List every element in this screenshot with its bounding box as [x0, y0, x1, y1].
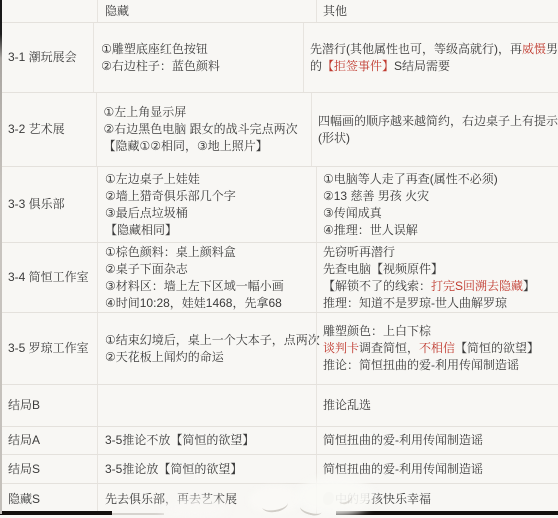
text-line: 简恒扭曲的爱-利用传闻制造谣 [323, 461, 558, 478]
text-segment: 中的男孩快乐幸福 [335, 492, 431, 506]
text-segment: 推论：简恒扭曲的爱-利用传闻制造谣 [323, 358, 519, 372]
text-line: ③最后点垃圾桶 [105, 205, 316, 222]
row-label-cell: 3-5 罗琼工作室 [0, 313, 97, 384]
text-segment: ①雕塑底座红色按钮 [101, 42, 208, 56]
row-label: 3-5 罗琼工作室 [8, 340, 97, 357]
text-segment: ①左边桌子上娃娃 [105, 172, 200, 186]
row-label-cell: 3-3 俱乐部 [0, 167, 97, 242]
row-label: 结局A [8, 432, 97, 449]
highlighted-text: 【拒签事件】 [322, 59, 394, 73]
hidden-cell: ①左边桌子上娃娃②墙上猎奇俱乐部几个字③最后点垃圾桶【隐藏相同】 [97, 167, 316, 242]
table-row-3-5: 3-5 罗琼工作室 ①结束幻境后，桌上一个大本子，点两次②天花板上闻灼的命运 雕… [0, 313, 558, 385]
table-row-3-3: 3-3 俱乐部 ①左边桌子上娃娃②墙上猎奇俱乐部几个字③最后点垃圾桶【隐藏相同】… [0, 167, 558, 243]
row-label-cell: 隐藏S [0, 484, 97, 514]
column-header-hidden: 隐藏 [105, 3, 316, 19]
text-line: 中的男孩快乐幸福 [323, 491, 558, 508]
text-line: 3-5推论放【简恒的欲望】 [105, 461, 316, 478]
text-line: (形状) [318, 130, 558, 147]
text-line: ②桌子下面杂志 [105, 261, 316, 278]
text-segment: 调查简恒， [359, 341, 419, 355]
text-segment: 先查电脑【视频原件】 [323, 262, 443, 276]
text-line: ①电脑等人走了再查(属性不必须) [323, 171, 558, 188]
text-segment: ②13 慈善 男孩 火灾 [323, 189, 429, 203]
row-label-cell: 3-1 潮玩展会 [0, 23, 93, 92]
guide-table: 隐藏 其他 3-1 潮玩展会 ①雕塑底座红色按钮②右边柱子：蓝色颜料 先潜行(其… [0, 0, 558, 514]
text-line: ②天花板上闻灼的命运 [105, 349, 316, 366]
text-line: ①结束幻境后，桌上一个大本子，点两次 [105, 332, 316, 349]
highlighted-text: 打完S回溯去隐藏 [431, 279, 523, 293]
row-label-cell: 结局S [0, 455, 97, 483]
other-cell: 中的男孩快乐幸福 [316, 484, 558, 514]
table-row-ending-a: 结局A 3-5推论不放【简恒的欲望】 简恒扭曲的爱-利用传闻制造谣 [0, 427, 558, 455]
row-label: 隐藏S [8, 491, 97, 508]
row-label: 结局S [8, 461, 97, 478]
text-segment: 四幅画的顺序越来越简约，右边桌子上有提示 [318, 114, 558, 128]
text-line: ④推理：世人误解 [323, 222, 558, 239]
text-line: ③材料区：墙上左下区域一幅小画 [105, 278, 316, 295]
text-segment: (形状) [318, 131, 350, 145]
text-line: ①左上角显示屏 [104, 104, 311, 121]
highlighted-text: 威慑 [522, 42, 546, 56]
text-segment: 】 [523, 279, 535, 293]
text-line: 【解锁不了的线索：打完S回溯去隐藏】 [323, 278, 558, 295]
text-line: 雕塑颜色：上白下棕 [323, 323, 558, 340]
text-segment: ③传闻成真 [323, 206, 382, 220]
table-row-ending-b: 结局B 推论乱选 [0, 385, 558, 427]
text-segment: S结局需要 [394, 59, 450, 73]
text-segment: ①棕色颜料：桌上颜料盒 [105, 245, 236, 259]
row-label-cell: 3-4 简恒工作室 [0, 243, 97, 312]
text-line: 【隐藏相同】 [105, 222, 316, 239]
hidden-cell: 3-5推论不放【简恒的欲望】 [97, 427, 316, 454]
other-cell: 先潜行(其他属性也可，等级高就行)，再威慑男的【拒签事件】S结局需要 [303, 23, 558, 92]
other-cell: ①电脑等人走了再查(属性不必须)②13 慈善 男孩 火灾③传闻成真④推理：世人误… [316, 167, 558, 242]
text-segment: 的 [310, 59, 322, 73]
obscured-character [323, 492, 334, 505]
text-line: 推论乱选 [323, 397, 558, 414]
text-line: 先去俱乐部，再去艺术展 [105, 491, 316, 508]
text-line: 推理：知道不是罗琼-世人曲解罗琼 [323, 295, 558, 312]
text-line: 简恒扭曲的爱-利用传闻制造谣 [323, 432, 558, 449]
text-line: 谈判卡调查简恒，不相信【简恒的欲望】 [323, 340, 558, 357]
row-label-cell: 3-2 艺术展 [0, 93, 96, 166]
text-segment: ②右边黑色电脑 跟女的战斗完点两次 [104, 122, 298, 136]
row-label-cell: 结局B [0, 385, 97, 426]
text-segment: 3-5推论放【简恒的欲望】 [105, 462, 242, 476]
text-line: 先潜行(其他属性也可，等级高就行)，再威慑男 [310, 41, 558, 58]
table-bottom-border-right [336, 511, 558, 515]
table-left-border [0, 0, 2, 514]
text-segment: 【解锁不了的线索： [323, 279, 431, 293]
text-segment: ③材料区：墙上左下区域一幅小画 [105, 279, 284, 293]
text-line: ①雕塑底座红色按钮 [101, 41, 303, 58]
hidden-cell: ①结束幻境后，桌上一个大本子，点两次②天花板上闻灼的命运 [97, 313, 316, 384]
table-row-3-1: 3-1 潮玩展会 ①雕塑底座红色按钮②右边柱子：蓝色颜料 先潜行(其他属性也可，… [0, 23, 558, 93]
text-segment: 3-5推论不放【简恒的欲望】 [105, 433, 254, 447]
text-line: 的【拒签事件】S结局需要 [310, 58, 558, 75]
text-segment: ③最后点垃圾桶 [105, 206, 188, 220]
row-label-cell: 结局A [0, 427, 97, 454]
text-line: ④时间10:28，娃娃1468，先拿68 [105, 295, 316, 312]
text-segment: ②墙上猎奇俱乐部几个字 [105, 189, 236, 203]
hidden-cell: 先去俱乐部，再去艺术展 [97, 484, 316, 514]
hidden-cell: ①雕塑底座红色按钮②右边柱子：蓝色颜料 [93, 23, 303, 92]
other-cell: 先窃听再潜行先查电脑【视频原件】【解锁不了的线索：打完S回溯去隐藏】推理：知道不… [316, 243, 558, 312]
text-segment: ②天花板上闻灼的命运 [105, 350, 224, 364]
text-segment: 【隐藏①②相同，③地上照片】 [104, 139, 268, 153]
text-line: 先窃听再潜行 [323, 244, 558, 261]
text-segment: ④推理：世人误解 [323, 223, 418, 237]
table-header-row: 隐藏 其他 [0, 0, 558, 23]
text-segment: 简恒扭曲的爱-利用传闻制造谣 [323, 462, 483, 476]
hidden-cell [97, 385, 316, 426]
row-label: 3-4 简恒工作室 [8, 269, 97, 286]
table-bottom-border-left [0, 511, 112, 515]
other-cell: 四幅画的顺序越来越简约，右边桌子上有提示(形状) [311, 93, 558, 166]
highlighted-text: 不相信 [419, 341, 455, 355]
text-line: 先查电脑【视频原件】 [323, 261, 558, 278]
text-line: ①左边桌子上娃娃 [105, 171, 316, 188]
row-label: 3-1 潮玩展会 [8, 49, 93, 66]
other-cell: 简恒扭曲的爱-利用传闻制造谣 [316, 427, 558, 454]
highlighted-text: 谈判卡 [323, 341, 359, 355]
text-segment: ①电脑等人走了再查(属性不必须) [323, 172, 498, 186]
row-label: 3-2 艺术展 [8, 121, 96, 138]
table-row-3-2: 3-2 艺术展 ①左上角显示屏②右边黑色电脑 跟女的战斗完点两次【隐藏①②相同，… [0, 93, 558, 167]
hidden-cell: 3-5推论放【简恒的欲望】 [97, 455, 316, 483]
text-segment: ①左上角显示屏 [104, 105, 187, 119]
other-cell: 雕塑颜色：上白下棕谈判卡调查简恒，不相信【简恒的欲望】推论：简恒扭曲的爱-利用传… [316, 313, 558, 384]
text-segment: 推理：知道不是罗琼-世人曲解罗琼 [323, 296, 507, 310]
other-cell: 简恒扭曲的爱-利用传闻制造谣 [316, 455, 558, 483]
column-header-other: 其他 [323, 3, 558, 19]
text-segment: ①结束幻境后，桌上一个大本子，点两次 [105, 333, 320, 347]
text-line: 【隐藏①②相同，③地上照片】 [104, 138, 311, 155]
other-cell: 推论乱选 [316, 385, 558, 426]
row-label: 3-3 俱乐部 [8, 196, 97, 213]
header-hidden-cell: 隐藏 [97, 0, 316, 22]
text-segment: 【简恒的欲望】 [455, 341, 539, 355]
text-line: ②右边黑色电脑 跟女的战斗完点两次 [104, 121, 311, 138]
table-row-ending-s: 结局S 3-5推论放【简恒的欲望】 简恒扭曲的爱-利用传闻制造谣 [0, 455, 558, 484]
text-line: ①棕色颜料：桌上颜料盒 [105, 244, 316, 261]
table-row-hidden-s: 隐藏S 先去俱乐部，再去艺术展 中的男孩快乐幸福 [0, 484, 558, 514]
text-segment: 先去俱乐部，再去艺术展 [105, 492, 237, 506]
text-line: ②13 慈善 男孩 火灾 [323, 188, 558, 205]
text-segment: 推论乱选 [323, 398, 371, 412]
text-segment: 【隐藏相同】 [105, 223, 177, 237]
text-segment: 先潜行(其他属性也可，等级高就行)，再 [310, 42, 522, 56]
text-segment: 雕塑颜色：上白下棕 [323, 324, 431, 338]
text-line: ②墙上猎奇俱乐部几个字 [105, 188, 316, 205]
row-label: 结局B [8, 397, 97, 414]
header-other-cell: 其他 [316, 0, 558, 22]
text-line: 3-5推论不放【简恒的欲望】 [105, 432, 316, 449]
header-label-cell [0, 0, 97, 22]
text-segment: 男 [546, 42, 558, 56]
text-segment: 先窃听再潜行 [323, 245, 395, 259]
text-segment: ②桌子下面杂志 [105, 262, 188, 276]
hidden-cell: ①棕色颜料：桌上颜料盒②桌子下面杂志③材料区：墙上左下区域一幅小画④时间10:2… [97, 243, 316, 312]
text-line: 推论：简恒扭曲的爱-利用传闻制造谣 [323, 357, 558, 374]
text-line: 四幅画的顺序越来越简约，右边桌子上有提示 [318, 113, 558, 130]
text-segment: ④时间10:28，娃娃1468，先拿68 [105, 296, 282, 310]
text-segment: ②右边柱子：蓝色颜料 [101, 59, 220, 73]
text-segment: 简恒扭曲的爱-利用传闻制造谣 [323, 433, 483, 447]
table-row-3-4: 3-4 简恒工作室 ①棕色颜料：桌上颜料盒②桌子下面杂志③材料区：墙上左下区域一… [0, 243, 558, 313]
text-line: ②右边柱子：蓝色颜料 [101, 58, 303, 75]
table-bottom-border-faint [112, 513, 164, 515]
hidden-cell: ①左上角显示屏②右边黑色电脑 跟女的战斗完点两次【隐藏①②相同，③地上照片】 [96, 93, 311, 166]
text-line: ③传闻成真 [323, 205, 558, 222]
